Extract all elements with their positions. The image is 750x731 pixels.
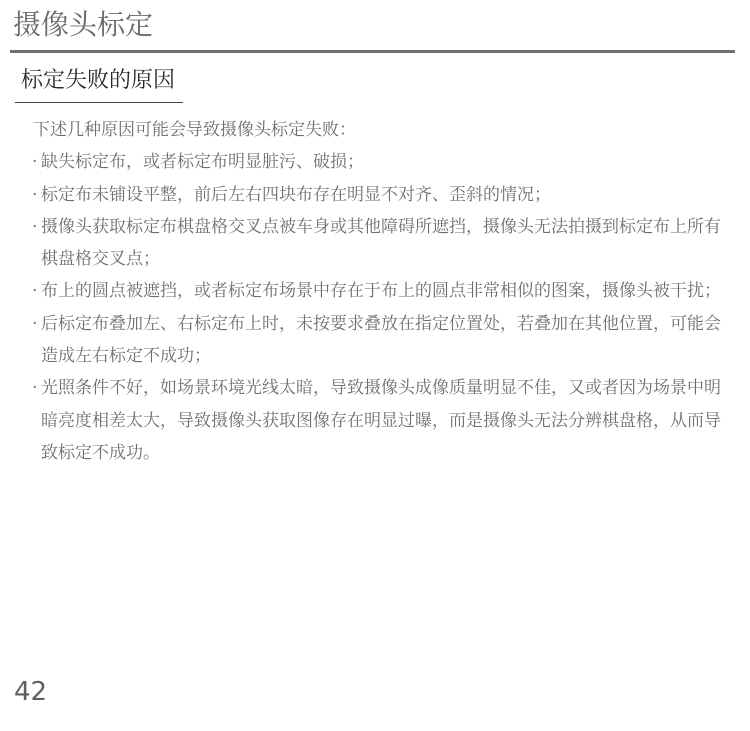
list-item-text: 标定布未铺设平整，前后左右四块布存在明显不对齐、歪斜的情况； [41,179,733,211]
list-item: · 后标定布叠加左、右标定布上时，未按要求叠放在指定位置处，若叠加在其他位置，可… [33,308,733,373]
list-item-text: 布上的圆点被遮挡，或者标定布场景中存在于布上的圆点非常相似的图案，摄像头被干扰； [41,275,733,307]
page-title: 摄像头标定 [13,5,153,45]
bullet-dot-icon: · [32,179,37,211]
page-number: 42 [14,675,47,709]
list-item: · 摄像头获取标定布棋盘格交叉点被车身或其他障碍所遮挡，摄像头无法拍摄到标定布上… [33,211,733,276]
intro-text: 下述几种原因可能会导致摄像头标定失败： [33,114,733,146]
list-item: · 缺失标定布，或者标定布明显脏污、破损； [33,146,733,178]
bullet-dot-icon: · [32,211,37,243]
bullet-dot-icon: · [32,308,37,340]
list-item: · 光照条件不好，如场景环境光线太暗，导致摄像头成像质量明显不佳，又或者因为场景… [33,372,733,469]
list-item-text: 光照条件不好，如场景环境光线太暗，导致摄像头成像质量明显不佳，又或者因为场景中明… [41,372,733,469]
list-item-text: 后标定布叠加左、右标定布上时，未按要求叠放在指定位置处，若叠加在其他位置，可能会… [41,308,733,373]
list-item-text: 缺失标定布，或者标定布明显脏污、破损； [41,146,733,178]
bullet-dot-icon: · [32,146,37,178]
list-item: · 标定布未铺设平整，前后左右四块布存在明显不对齐、歪斜的情况； [33,179,733,211]
section-heading: 标定失败的原因 [21,64,175,98]
list-item-text: 摄像头获取标定布棋盘格交叉点被车身或其他障碍所遮挡，摄像头无法拍摄到标定布上所有… [41,211,733,276]
title-divider [10,50,735,53]
list-item: · 布上的圆点被遮挡，或者标定布场景中存在于布上的圆点非常相似的图案，摄像头被干… [33,275,733,307]
bullet-dot-icon: · [32,275,37,307]
bullet-dot-icon: · [32,372,37,404]
section-body: 下述几种原因可能会导致摄像头标定失败： · 缺失标定布，或者标定布明显脏污、破损… [33,114,733,469]
section-heading-underline [15,102,183,103]
